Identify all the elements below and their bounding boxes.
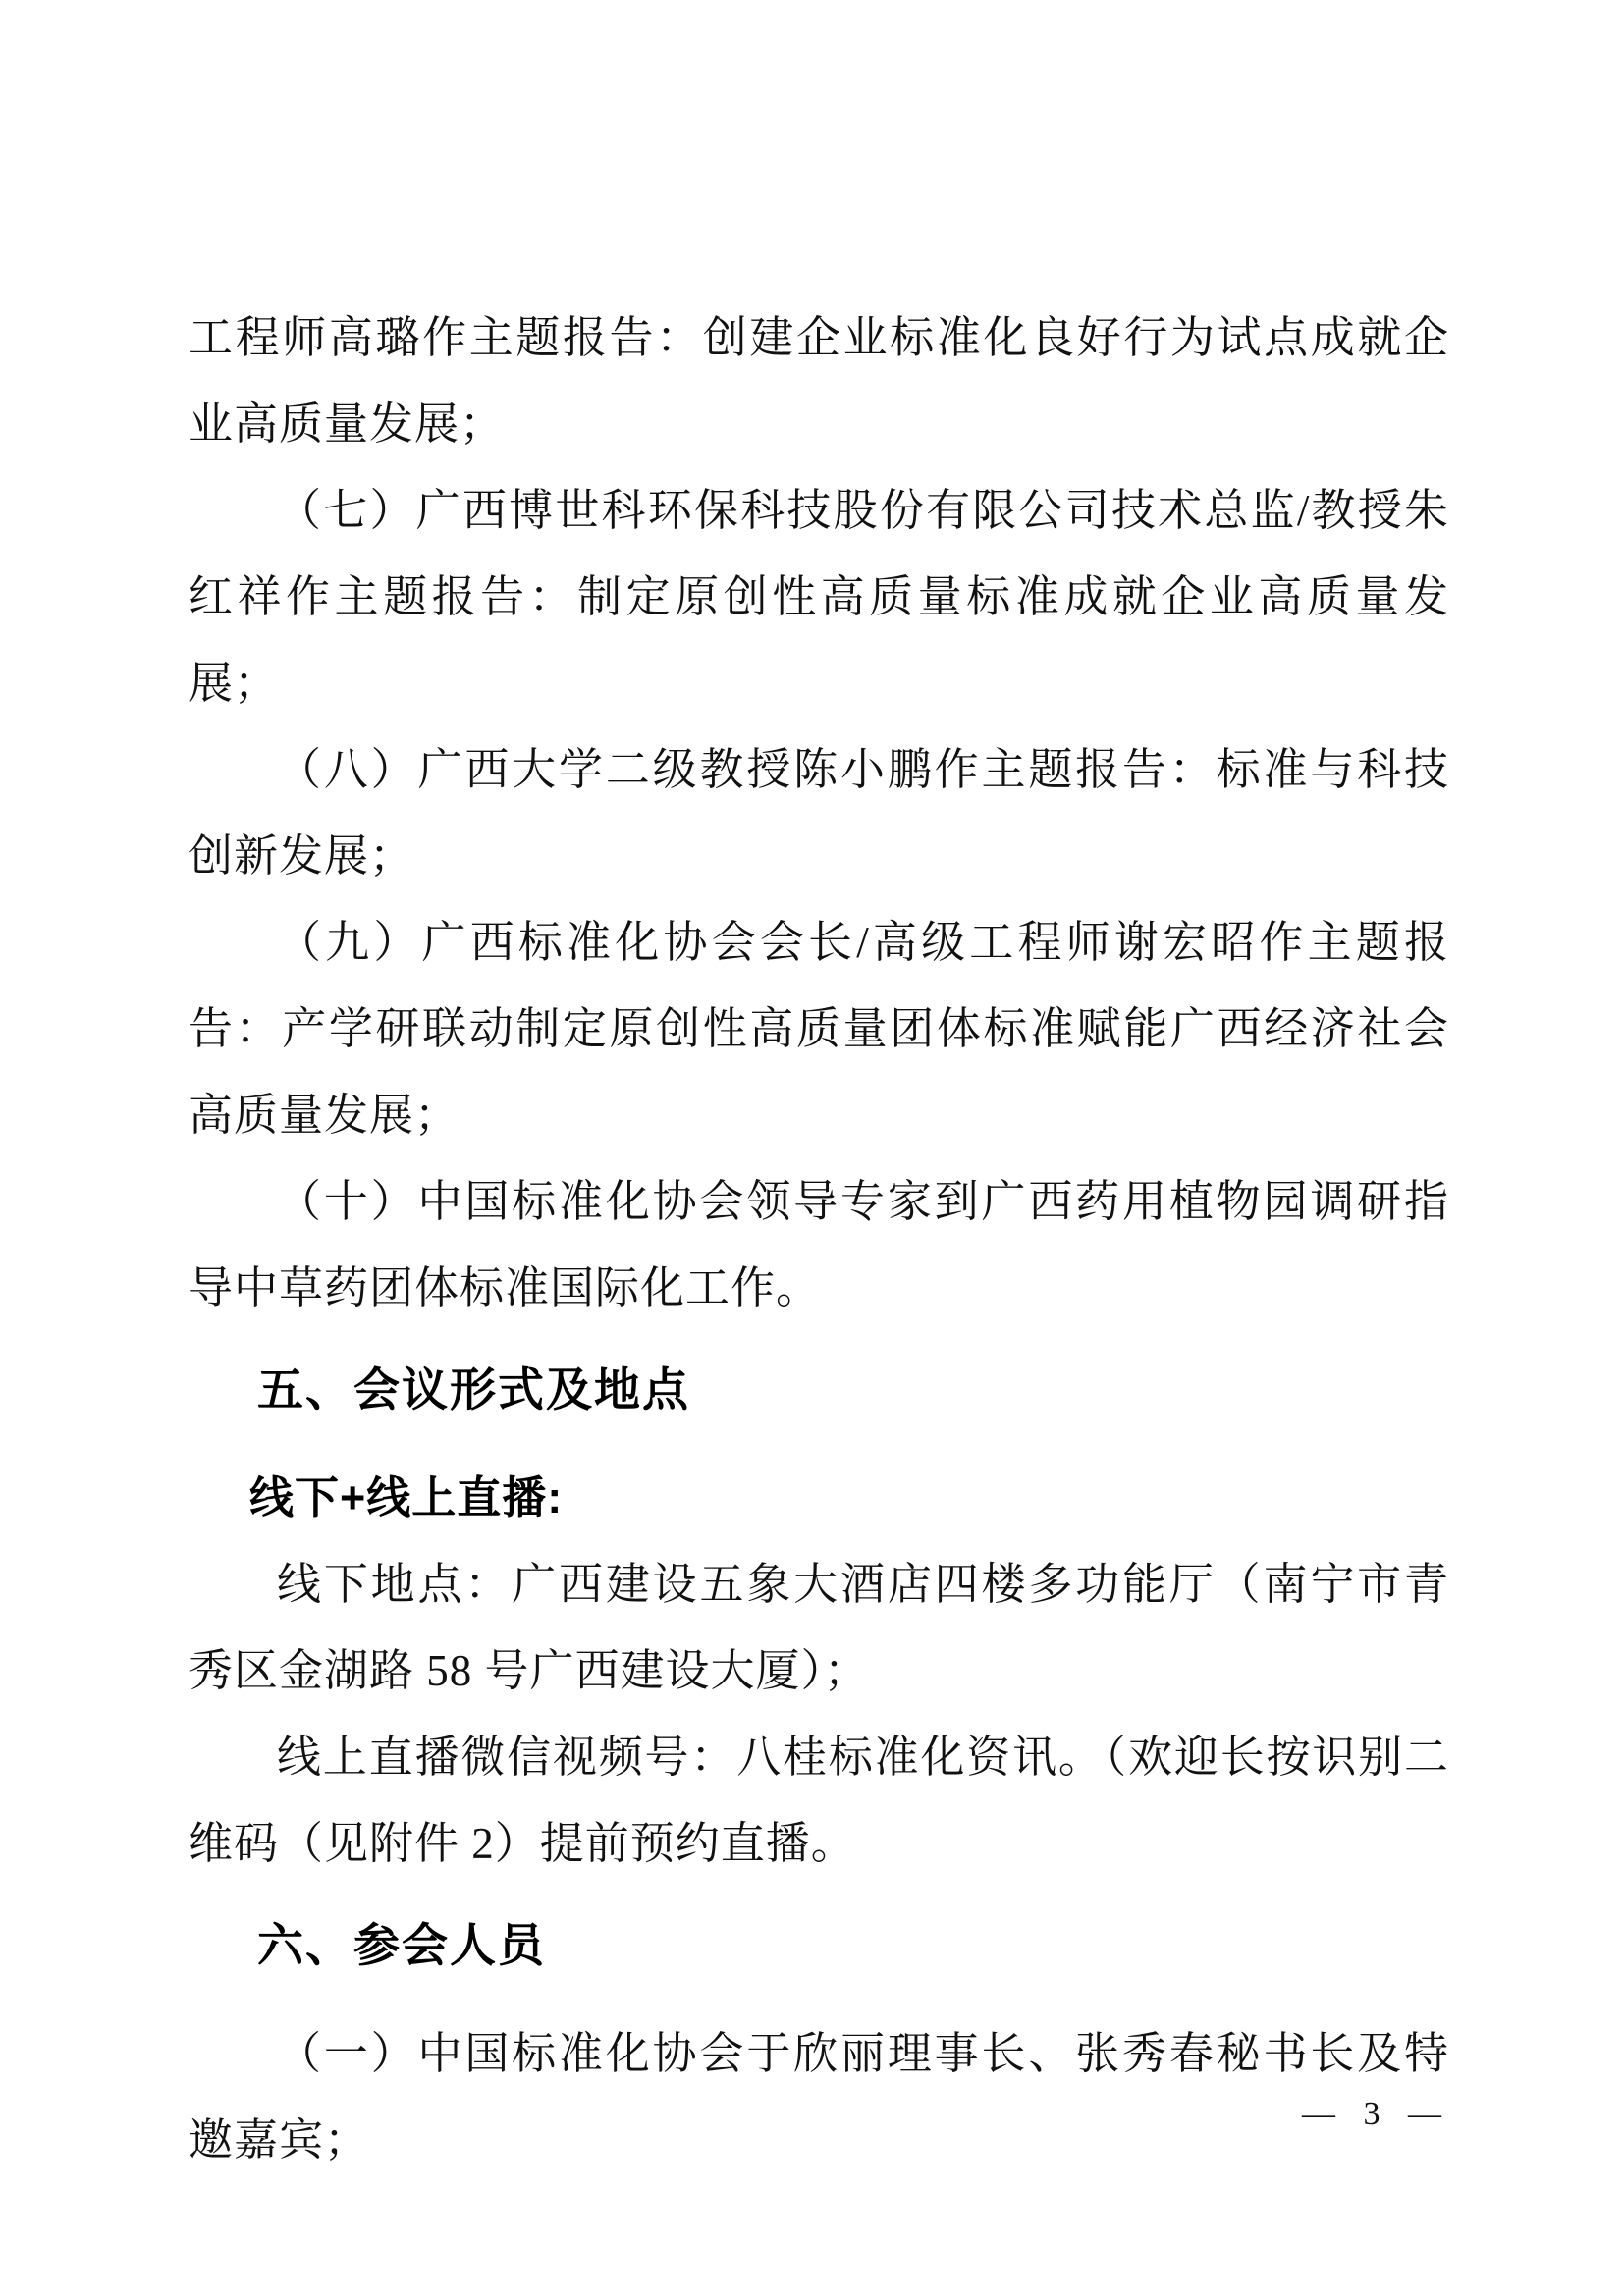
paragraph-participants-1: （一）中国标准化协会于欣丽理事长、张秀春秘书长及特邀嘉宾；	[189, 2010, 1449, 2183]
page-number: — 3 —	[1302, 2089, 1451, 2140]
paragraph-report-10: （十）中国标准化协会领导专家到广西药用植物园调研指导中草药团体标准国际化工作。	[189, 1158, 1449, 1331]
subheading-offline-plus-online-live: 线下+线上直播:	[189, 1455, 1449, 1541]
document-page: 工程师高璐作主题报告：创建企业标准化良好行为试点成就企业高质量发展； （七）广西…	[0, 0, 1624, 2296]
paragraph-offline-location: 线下地点：广西建设五象大酒店四楼多功能厅（南宁市青秀区金湖路 58 号广西建设大…	[189, 1541, 1449, 1714]
document-body: 工程师高璐作主题报告：创建企业标准化良好行为试点成就企业高质量发展； （七）广西…	[189, 294, 1449, 2183]
section-heading-6-participants: 六、参会人员	[189, 1902, 1449, 1989]
paragraph-report-7: （七）广西博世科环保科技股份有限公司技术总监/教授朱红祥作主题报告：制定原创性高…	[189, 467, 1449, 726]
paragraph-report-8: （八）广西大学二级教授陈小鹏作主题报告：标准与科技创新发展；	[189, 726, 1449, 899]
paragraph-online-live-channel: 线上直播微信视频号：八桂标准化资讯。（欢迎长按识别二维码（见附件 2）提前预约直…	[189, 1714, 1449, 1887]
paragraph-report-9: （九）广西标准化协会会长/高级工程师谢宏昭作主题报告：产学研联动制定原创性高质量…	[189, 899, 1449, 1158]
section-heading-5-meeting-format-location: 五、会议形式及地点	[189, 1347, 1449, 1433]
paragraph-report-6-continuation: 工程师高璐作主题报告：创建企业标准化良好行为试点成就企业高质量发展；	[189, 294, 1449, 467]
